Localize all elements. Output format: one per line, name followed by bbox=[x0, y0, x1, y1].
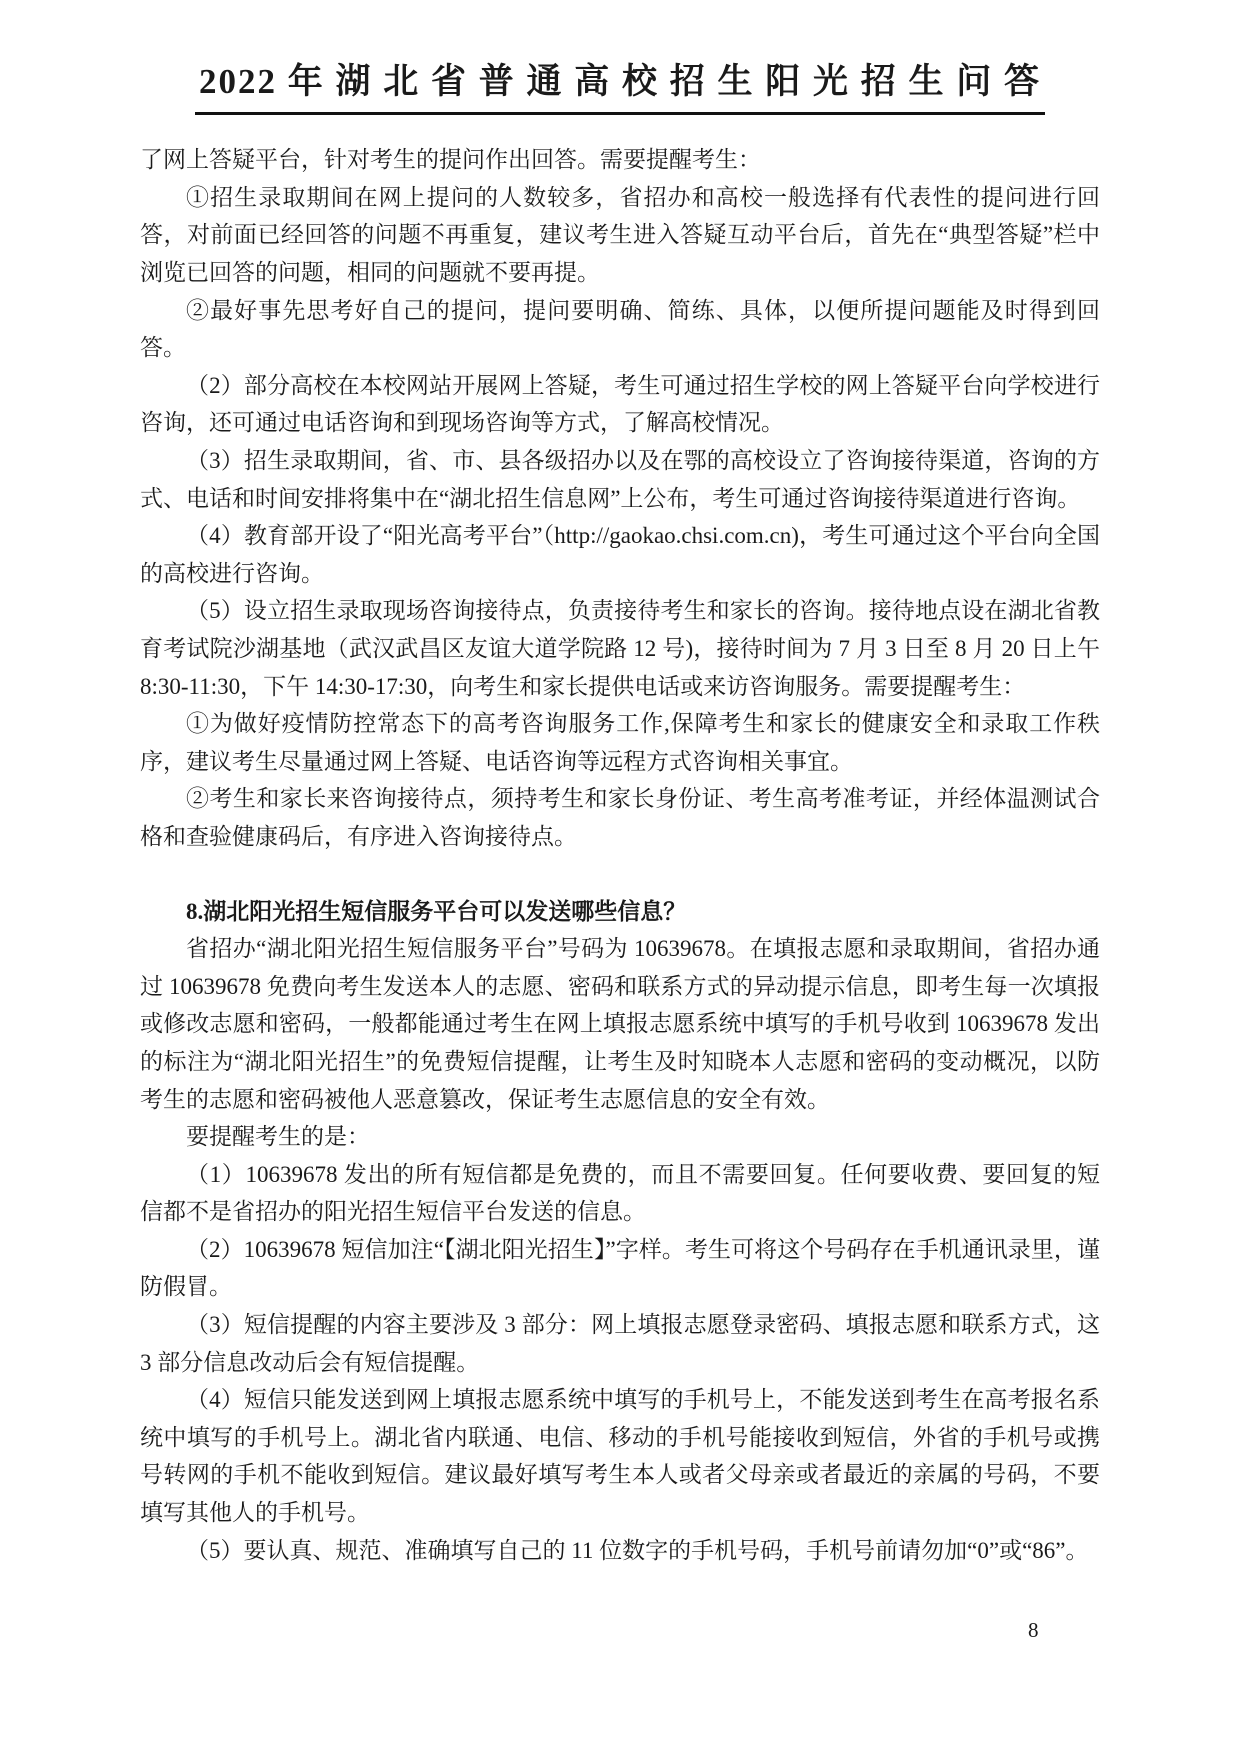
document-page: 2022 年 湖 北 省 普 通 高 校 招 生 阳 光 招 生 问 答 了网上… bbox=[0, 0, 1240, 1753]
document-title-text: 2022 年 湖 北 省 普 通 高 校 招 生 阳 光 招 生 问 答 bbox=[195, 58, 1045, 115]
paragraph: ②最好事先思考好自己的提问，提问要明确、简练、具体，以便所提问题能及时得到回答。 bbox=[140, 292, 1100, 367]
paragraph: ①招生录取期间在网上提问的人数较多，省招办和高校一般选择有代表性的提问进行回答，… bbox=[140, 179, 1100, 292]
paragraph: （2）10639678 短信加注“【湖北阳光招生】”字样。考生可将这个号码存在手… bbox=[140, 1231, 1100, 1306]
paragraph: （5）设立招生录取现场咨询接待点，负责接待考生和家长的咨询。接待地点设在湖北省教… bbox=[140, 592, 1100, 705]
paragraph: （4）教育部开设了“阳光高考平台”（http://gaokao.chsi.com… bbox=[140, 517, 1100, 592]
paragraph: （4）短信只能发送到网上填报志愿系统中填写的手机号上，不能发送到考生在高考报名系… bbox=[140, 1381, 1100, 1531]
paragraph: 了网上答疑平台，针对考生的提问作出回答。需要提醒考生： bbox=[140, 141, 1100, 179]
paragraph: （3）招生录取期间，省、市、县各级招办以及在鄂的高校设立了咨询接待渠道，咨询的方… bbox=[140, 442, 1100, 517]
paragraph: （2）部分高校在本校网站开展网上答疑，考生可通过招生学校的网上答疑平台向学校进行… bbox=[140, 367, 1100, 442]
paragraph: （1）10639678 发出的所有短信都是免费的，而且不需要回复。任何要收费、要… bbox=[140, 1156, 1100, 1231]
paragraph: ①为做好疫情防控常态下的高考咨询服务工作,保障考生和家长的健康安全和录取工作秩序… bbox=[140, 705, 1100, 780]
paragraph: （5）要认真、规范、准确填写自己的 11 位数字的手机号码，手机号前请勿加“0”… bbox=[140, 1532, 1100, 1570]
section-heading: 8.湖北阳光招生短信服务平台可以发送哪些信息？ bbox=[140, 893, 1100, 931]
document-title: 2022 年 湖 北 省 普 通 高 校 招 生 阳 光 招 生 问 答 bbox=[140, 58, 1100, 115]
paragraph: 省招办“湖北阳光招生短信服务平台”号码为 10639678。在填报志愿和录取期间… bbox=[140, 930, 1100, 1118]
document-body: 了网上答疑平台，针对考生的提问作出回答。需要提醒考生：①招生录取期间在网上提问的… bbox=[140, 141, 1100, 1569]
paragraph: （3）短信提醒的内容主要涉及 3 部分：网上填报志愿登录密码、填报志愿和联系方式… bbox=[140, 1306, 1100, 1381]
paragraph: 要提醒考生的是： bbox=[140, 1118, 1100, 1156]
page-number: 8 bbox=[1028, 1618, 1039, 1643]
paragraph: ②考生和家长来咨询接待点，须持考生和家长身份证、考生高考准考证，并经体温测试合格… bbox=[140, 780, 1100, 855]
